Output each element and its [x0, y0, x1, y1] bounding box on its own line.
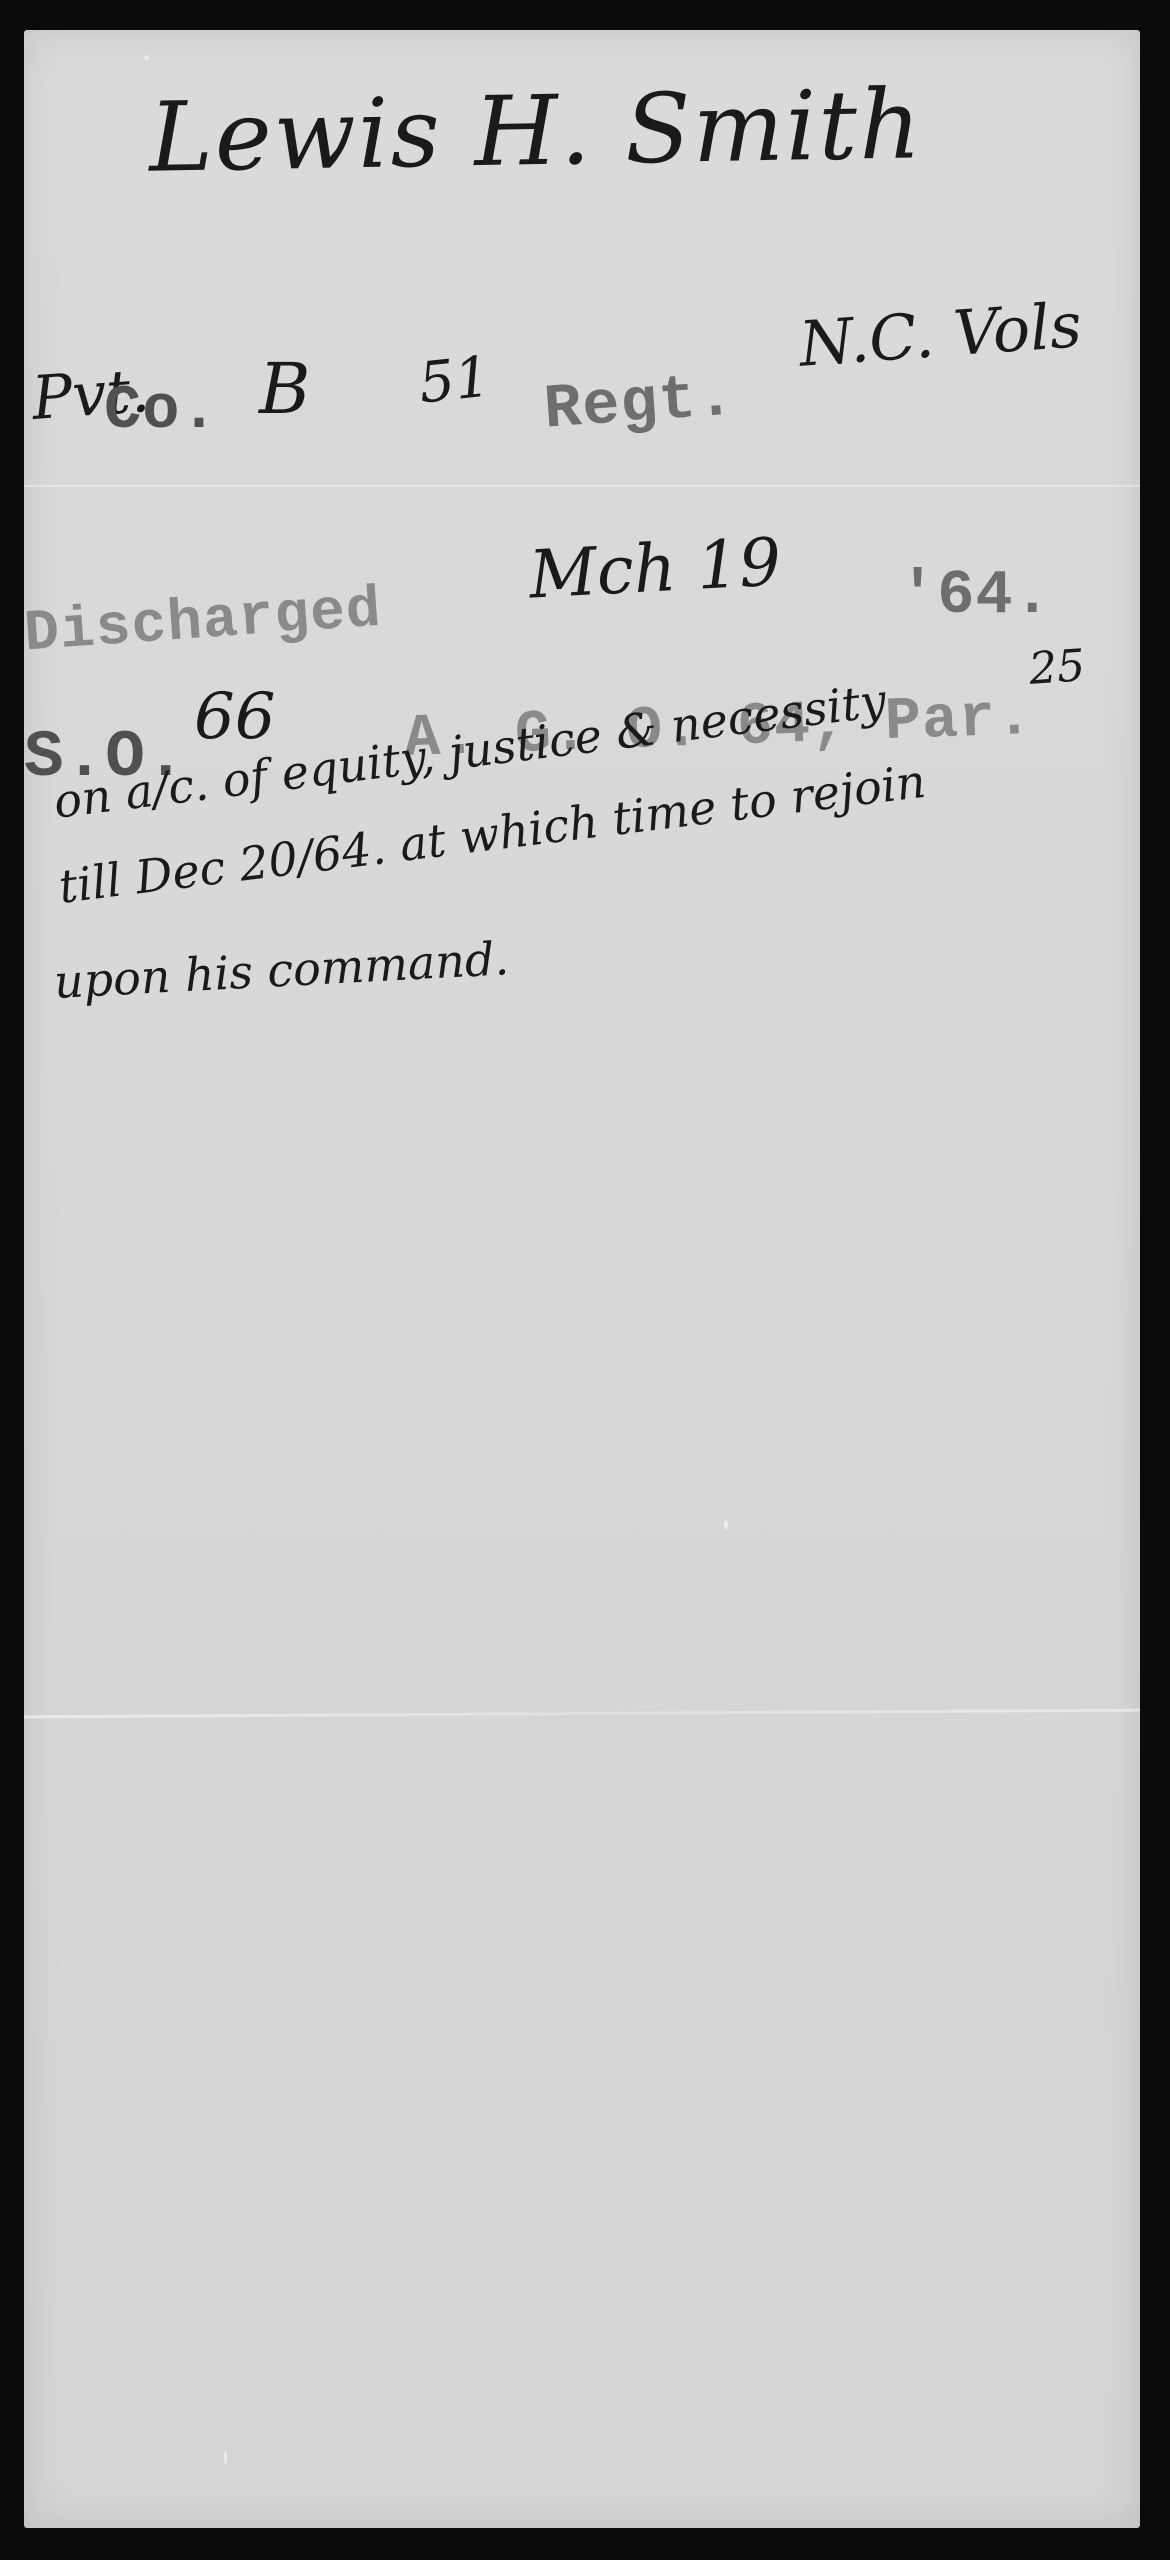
service-record-card: Lewis H. Smith Pvt. Co. B 51 Regt. N.C. … — [24, 30, 1140, 2528]
discharge-date: Mch 19 — [527, 523, 783, 613]
special-order-number: 66 — [194, 680, 275, 754]
dust-speck — [724, 1520, 728, 1530]
paper-crease — [24, 485, 1140, 487]
company-label: Co. — [104, 375, 219, 446]
regiment-label: Regt. — [542, 361, 738, 445]
soldier-name: Lewis H. Smith — [148, 68, 924, 193]
discharged-label: Discharged — [24, 578, 384, 668]
paper-fold-line — [24, 1708, 1140, 1718]
remark-line: upon his command. — [53, 931, 511, 1009]
paragraph-number: 25 — [1027, 640, 1086, 695]
discharge-year: '64. — [899, 560, 1052, 631]
dust-speck — [224, 2450, 227, 2464]
state-unit: N.C. Vols — [797, 288, 1084, 381]
dust-speck — [144, 55, 149, 60]
regiment-number: 51 — [416, 344, 494, 416]
company-letter: B — [259, 348, 310, 430]
